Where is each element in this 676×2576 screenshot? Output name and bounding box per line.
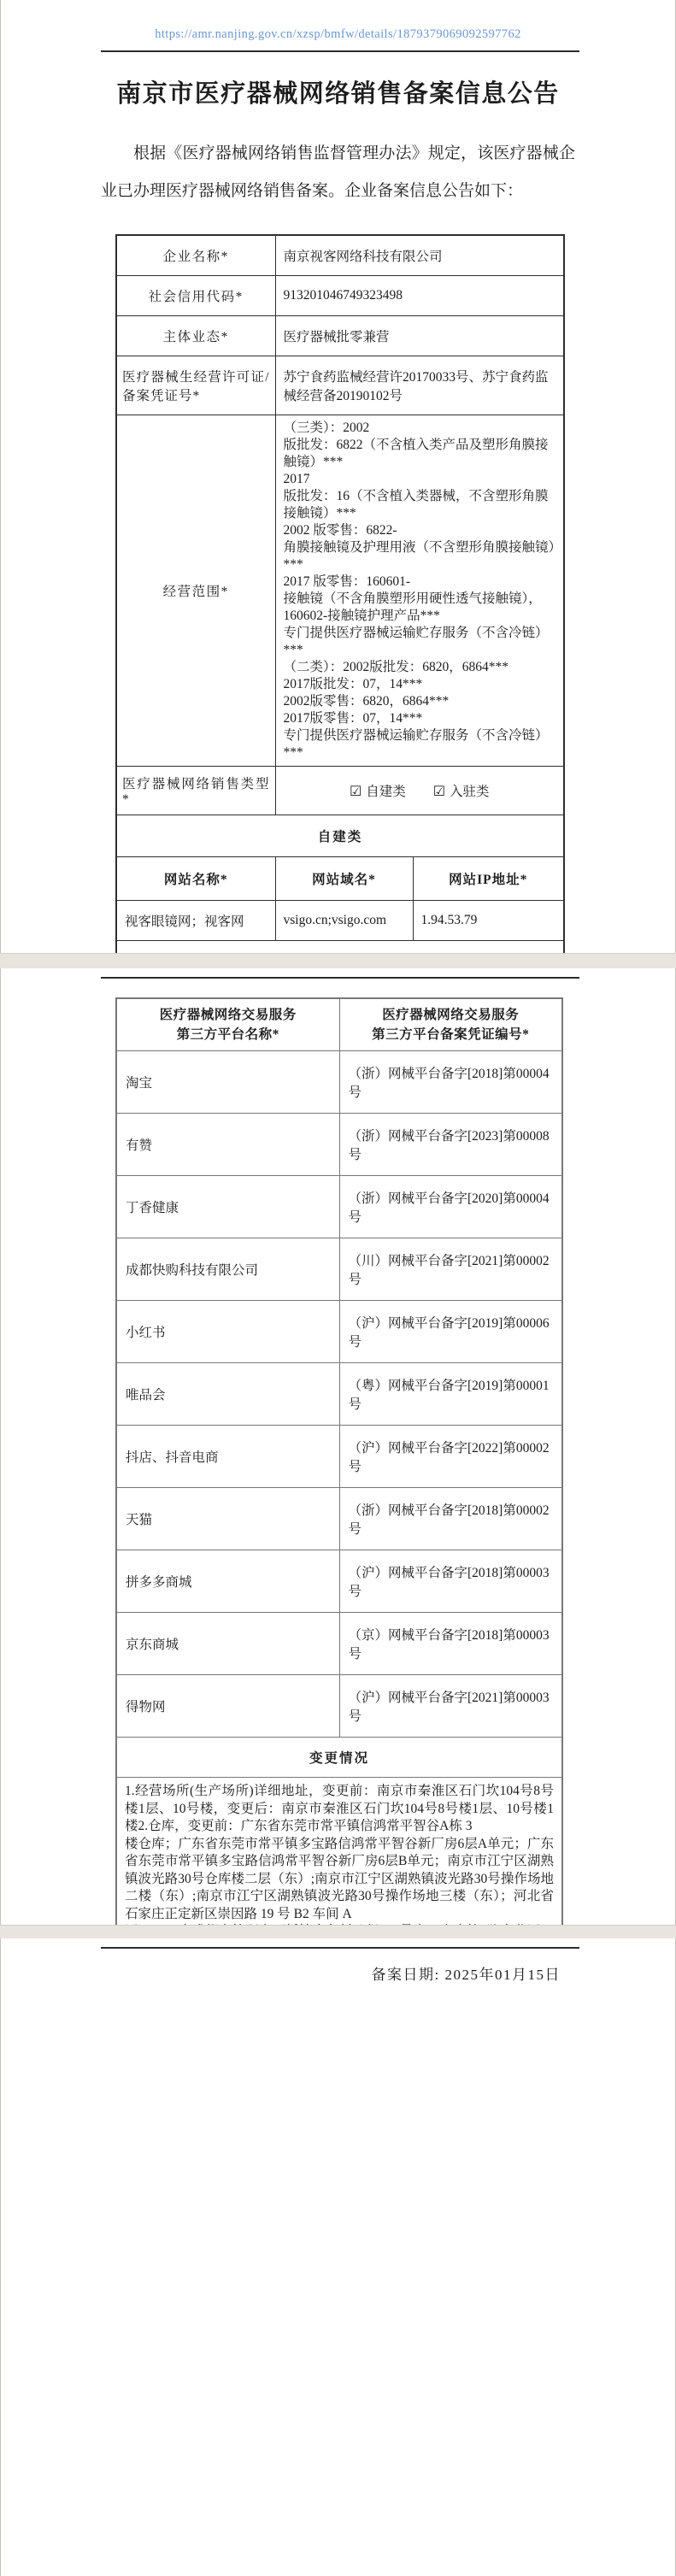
- page-3: 备案日期: 2025年01月15日: [0, 1938, 676, 2576]
- page-2: 医疗器械网络交易服务 第三方平台名称* 医疗器械网络交易服务 第三方平台备案凭证…: [0, 968, 676, 1925]
- platform-cert: （浙）网械平台备字[2020]第00004号: [339, 1176, 562, 1238]
- intro-paragraph: 根据《医疗器械网络销售监督管理办法》规定，该医疗器械企业已办理医疗器械网络销售备…: [101, 135, 575, 210]
- self-built-section-header: 自建类: [116, 815, 564, 857]
- checkbox-checked-icon: ☑: [433, 785, 445, 799]
- table-row: 自建类: [116, 815, 564, 857]
- page-title: 南京市医疗器械网络销售备案信息公告: [1, 74, 675, 109]
- platform-name: 淘宝: [116, 1051, 339, 1114]
- table-row: 医疗器械网络销售类型* ☑自建类 ☑入驻类: [116, 767, 564, 815]
- header-rule: [101, 977, 579, 979]
- source-url-link[interactable]: https://amr.nanjing.gov.cn/xzsp/bmfw/det…: [1, 27, 675, 42]
- platform-name: 抖店、抖音电商: [116, 1426, 339, 1488]
- table-row: 视客眼镜网；视客网 vsigo.cn;vsigo.com 1.94.53.79: [116, 901, 564, 941]
- company-info-table: 企业名称* 南京视客网络科技有限公司 社会信用代码* 9132010467493…: [115, 234, 565, 953]
- field-value: 医疗器械批零兼营: [275, 316, 564, 356]
- document-viewer: https://amr.nanjing.gov.cn/xzsp/bmfw/det…: [0, 0, 676, 2576]
- platform-name: 天猫: [116, 1488, 339, 1550]
- field-label: 医疗器械网络销售类型*: [116, 767, 275, 815]
- platform-cert: （沪）网械平台备字[2022]第00002号: [339, 1426, 562, 1488]
- platform-cert: （浙）网械平台备字[2018]第00002号: [339, 1488, 562, 1550]
- platform-cert: （沪）网械平台备字[2018]第00003号: [339, 1550, 562, 1613]
- platform-name: 丁香健康: [116, 1176, 339, 1238]
- website-ip: 1.94.53.79: [413, 901, 564, 941]
- filing-date: 备案日期: 2025年01月15日: [101, 1962, 579, 1984]
- platform-cert-header: 医疗器械网络交易服务 第三方平台备案凭证编号*: [339, 998, 562, 1051]
- column-header: 网站名称*: [116, 857, 275, 901]
- page-1: https://amr.nanjing.gov.cn/xzsp/bmfw/det…: [0, 0, 676, 953]
- field-value: 南京视客网络科技有限公司: [275, 235, 564, 276]
- table-row: 丁香健康 （浙）网械平台备字[2020]第00004号: [116, 1176, 562, 1238]
- platform-name: 京东商城: [116, 1613, 339, 1675]
- table-row: 天猫 （浙）网械平台备字[2018]第00002号: [116, 1488, 562, 1550]
- table-row: 1.经营场所(生产场所)详细地址，变更前：南京市秦淮区石门坎104号8号楼1层、…: [116, 1778, 562, 1926]
- self-built-option: ☑自建类: [350, 785, 406, 799]
- platform-name: 成都快购科技有限公司: [116, 1238, 339, 1301]
- table-row: 拼多多商城 （沪）网械平台备字[2018]第00003号: [116, 1550, 562, 1613]
- platform-name: 得物网: [116, 1675, 339, 1738]
- checkbox-label: 自建类: [366, 785, 406, 799]
- header-rule: [101, 50, 579, 52]
- checkbox-label: 入驻类: [450, 785, 490, 799]
- table-row: 医疗器械网络交易服务 第三方平台名称* 医疗器械网络交易服务 第三方平台备案凭证…: [116, 998, 562, 1051]
- platform-name-header: 医疗器械网络交易服务 第三方平台名称*: [116, 998, 339, 1051]
- field-label: 主体业态*: [116, 316, 275, 356]
- platform-cert: （沪）网械平台备字[2019]第00006号: [339, 1301, 562, 1363]
- platform-name: 有赞: [116, 1114, 339, 1176]
- platform-name: 拼多多商城: [116, 1550, 339, 1613]
- table-row: 变更情况: [116, 1738, 562, 1778]
- column-header: 网站域名*: [275, 857, 413, 901]
- table-row: 主体业态* 医疗器械批零兼营: [116, 316, 564, 356]
- platform-cert: （京）网械平台备字[2018]第00003号: [339, 1613, 562, 1675]
- page-separator: [0, 953, 676, 968]
- field-value: 913201046749323498: [275, 276, 564, 316]
- checkbox-checked-icon: ☑: [350, 785, 362, 799]
- table-row: 淘宝 （浙）网械平台备字[2018]第00004号: [116, 1051, 562, 1114]
- table-row: 成都快购科技有限公司 （川）网械平台备字[2021]第00002号: [116, 1238, 562, 1301]
- field-label: 企业名称*: [116, 235, 275, 276]
- website-domain: vsigo.cn;vsigo.com: [275, 901, 413, 941]
- platform-cert: （沪）网械平台备字[2021]第00003号: [339, 1675, 562, 1738]
- table-row: 企业名称* 南京视客网络科技有限公司: [116, 235, 564, 276]
- third-party-platform-table: 医疗器械网络交易服务 第三方平台名称* 医疗器械网络交易服务 第三方平台备案凭证…: [115, 997, 563, 1925]
- platform-cert: （川）网械平台备字[2021]第00002号: [339, 1238, 562, 1301]
- table-row: 小红书 （沪）网械平台备字[2019]第00006号: [116, 1301, 562, 1363]
- business-scope-value: （三类）：2002 版批发：6822（不含植入类产品及塑形角膜接触镜）*** 2…: [275, 415, 564, 767]
- table-row: 得物网 （沪）网械平台备字[2021]第00003号: [116, 1675, 562, 1738]
- platform-cert: （粤）网械平台备字[2019]第00001号: [339, 1363, 562, 1426]
- platform-name: 小红书: [116, 1301, 339, 1363]
- table-row: 京东商城 （京）网械平台备字[2018]第00003号: [116, 1613, 562, 1675]
- table-row: 社会信用代码* 913201046749323498: [116, 276, 564, 316]
- field-value: 苏宁食药监械经营许20170033号、苏宁食药监械经营备20190102号: [275, 356, 564, 415]
- entry-option: ☑入驻类: [433, 785, 490, 799]
- change-details-text: 1.经营场所(生产场所)详细地址，变更前：南京市秦淮区石门坎104号8号楼1层、…: [116, 1778, 562, 1926]
- platform-cert: （浙）网械平台备字[2018]第00004号: [339, 1051, 562, 1114]
- table-row: 抖店、抖音电商 （沪）网械平台备字[2022]第00002号: [116, 1426, 562, 1488]
- table-row: 医疗器械生经营许可证/备案凭证号* 苏宁食药监械经营许20170033号、苏宁食…: [116, 356, 564, 415]
- table-row: 有赞 （浙）网械平台备字[2023]第00008号: [116, 1114, 562, 1176]
- website-name: 视客眼镜网；视客网: [116, 901, 275, 941]
- table-row: 经营范围* （三类）：2002 版批发：6822（不含植入类产品及塑形角膜接触镜…: [116, 415, 564, 767]
- entry-section-header: 入驻类: [116, 941, 564, 954]
- field-label: 医疗器械生经营许可证/备案凭证号*: [116, 356, 275, 415]
- table-row: 网站名称* 网站域名* 网站IP地址*: [116, 857, 564, 901]
- header-rule: [101, 1947, 579, 1949]
- platform-name: 唯品会: [116, 1363, 339, 1426]
- column-header: 网站IP地址*: [413, 857, 564, 901]
- field-label: 社会信用代码*: [116, 276, 275, 316]
- table-row: 入驻类: [116, 941, 564, 954]
- platform-cert: （浙）网械平台备字[2023]第00008号: [339, 1114, 562, 1176]
- table-row: 唯品会 （粤）网械平台备字[2019]第00001号: [116, 1363, 562, 1426]
- page-separator: [0, 1925, 676, 1938]
- change-section-header: 变更情况: [116, 1738, 562, 1778]
- sales-type-options: ☑自建类 ☑入驻类: [275, 767, 564, 815]
- field-label: 经营范围*: [116, 415, 275, 767]
